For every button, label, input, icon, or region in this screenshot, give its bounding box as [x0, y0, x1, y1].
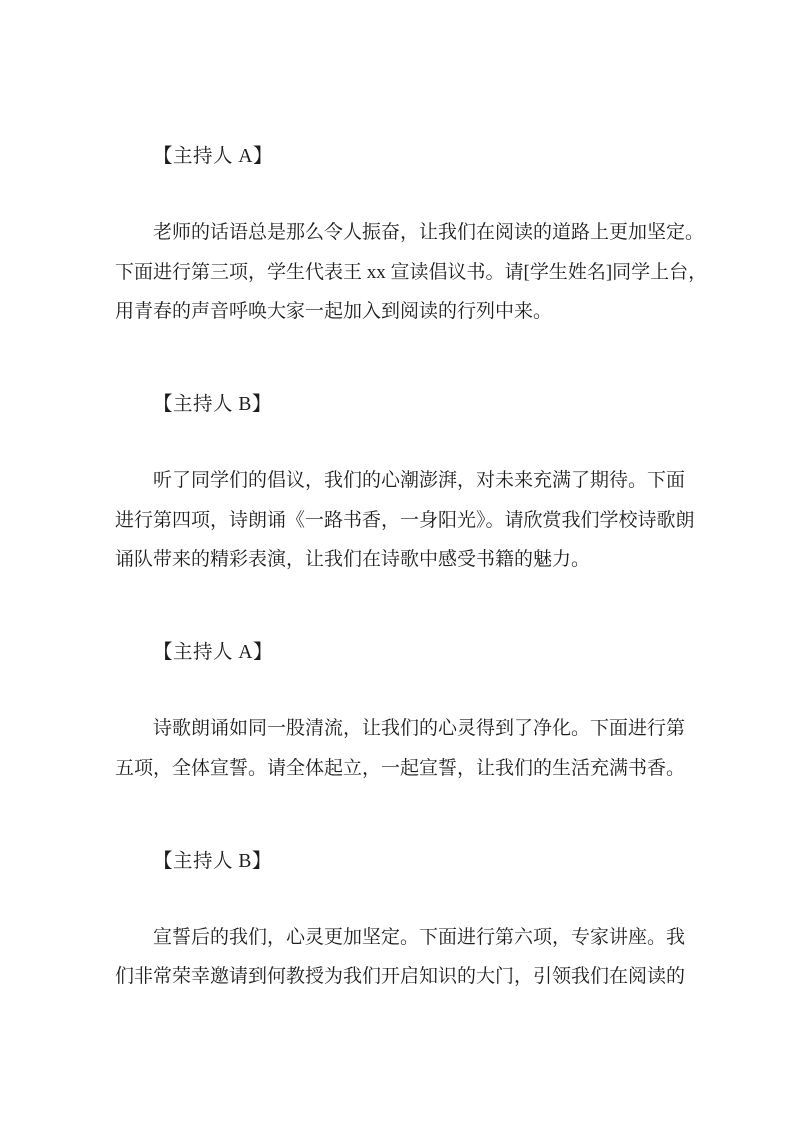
host-heading-a-1: 【主持人 A】 — [115, 137, 695, 177]
paragraph-line: 用青春的声音呼唤大家一起加入到阅读的行列中来。 — [115, 292, 695, 332]
script-paragraph-4: 宣誓后的我们，心灵更加坚定。下面进行第六项，专家讲座。我 们非常荣幸邀请到何教授… — [115, 918, 695, 997]
document-content: 【主持人 A】 老师的话语总是那么令人振奋，让我们在阅读的道路上更加坚定。 下面… — [115, 137, 695, 997]
paragraph-line: 宣誓后的我们，心灵更加坚定。下面进行第六项，专家讲座。我 — [115, 918, 695, 958]
host-heading-b-1: 【主持人 B】 — [115, 385, 695, 425]
host-heading-b-2: 【主持人 B】 — [115, 842, 695, 882]
script-paragraph-1: 老师的话语总是那么令人振奋，让我们在阅读的道路上更加坚定。 下面进行第三项，学生… — [115, 213, 695, 332]
paragraph-line: 五项，全体宣誓。请全体起立，一起宣誓，让我们的生活充满书香。 — [115, 749, 695, 789]
document-page: 【主持人 A】 老师的话语总是那么令人振奋，让我们在阅读的道路上更加坚定。 下面… — [0, 0, 793, 1122]
paragraph-line: 们非常荣幸邀请到何教授为我们开启知识的大门，引领我们在阅读的 — [115, 957, 695, 997]
paragraph-line: 听了同学们的倡议，我们的心潮澎湃，对未来充满了期待。下面 — [115, 461, 695, 501]
paragraph-line: 下面进行第三项，学生代表王 xx 宣读倡议书。请[学生姓名]同学上台， — [115, 253, 695, 293]
script-paragraph-2: 听了同学们的倡议，我们的心潮澎湃，对未来充满了期待。下面 进行第四项，诗朗诵《一… — [115, 461, 695, 580]
host-heading-a-2: 【主持人 A】 — [115, 633, 695, 673]
paragraph-line: 老师的话语总是那么令人振奋，让我们在阅读的道路上更加坚定。 — [115, 213, 695, 253]
paragraph-line: 诵队带来的精彩表演，让我们在诗歌中感受书籍的魅力。 — [115, 540, 695, 580]
script-paragraph-3: 诗歌朗诵如同一股清流，让我们的心灵得到了净化。下面进行第 五项，全体宣誓。请全体… — [115, 709, 695, 788]
paragraph-line: 进行第四项，诗朗诵《一路书香，一身阳光》。请欣赏我们学校诗歌朗 — [115, 501, 695, 541]
paragraph-line: 诗歌朗诵如同一股清流，让我们的心灵得到了净化。下面进行第 — [115, 709, 695, 749]
